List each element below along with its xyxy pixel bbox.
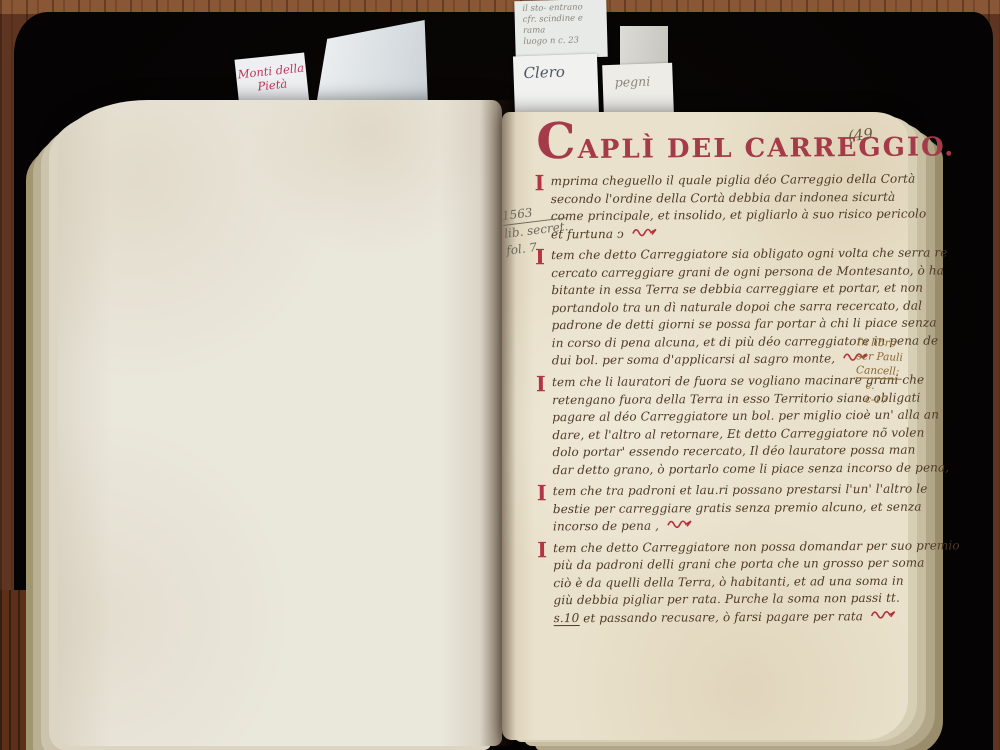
text-line: più da padroni delli grani che porta che…	[553, 555, 903, 575]
paragraph-4: I tem che tra padroni et lau.ri possano …	[537, 481, 903, 536]
note-label: Clero	[523, 63, 565, 82]
text-line: s.10 et passando recusare, ò farsi pagar…	[554, 607, 904, 627]
paragraph-5: I tem che detto Carreggiatore non possa …	[537, 537, 904, 627]
rubric-initial: I	[537, 537, 547, 562]
text-line: tem che li lauratori de fuora se voglian…	[552, 372, 902, 392]
book-gutter-shadow	[480, 100, 516, 746]
red-flourish-icon	[871, 608, 897, 626]
folio-number: (49	[847, 125, 874, 146]
chapter-title: CAPLÌ DEL CARREGGIO.	[536, 133, 900, 166]
text-line: come principale, et insolido, et pigliar…	[551, 206, 901, 226]
rubric-initial: I	[536, 371, 546, 396]
rubric-initial: I	[537, 480, 547, 505]
sticky-note-pegni: pegni	[602, 63, 674, 115]
manuscript-photo: Monti della Pietà il sto- entrano cfr. s…	[0, 0, 1000, 750]
note-label: pegni	[614, 74, 650, 90]
wood-table-corner	[0, 590, 40, 750]
sum-notation: s.10	[554, 611, 580, 626]
left-page-blank	[58, 100, 502, 746]
text-line: giù debbia pigliar per rata. Purche la s…	[553, 590, 903, 610]
manuscript-text-block: CAPLÌ DEL CARREGGIO. I mprima cheguello …	[534, 133, 903, 632]
paragraph-2: I tem che detto Carreggiatore sia obliga…	[535, 245, 902, 370]
note-line: c-17	[855, 392, 902, 408]
text-line: incorso de pena ,	[553, 516, 903, 536]
text-line: mprima cheguello il quale piglia déo Car…	[551, 171, 901, 191]
text-line: bitante in essa Terra se debbia carreggi…	[551, 280, 901, 300]
paragraph-3: I tem che li lauratori de fuora se vogli…	[536, 372, 903, 480]
margin-cross-reference: In libro ser Pauli Cancell: c. c-17	[855, 335, 904, 408]
note-line: Cancell:	[856, 363, 903, 380]
text-line: tem che detto Carreggiatore sia obligato…	[551, 245, 901, 265]
text-line: padrone de detti giorni se possa far por…	[552, 315, 902, 335]
sticky-note-pencil-reference: il sto- entrano cfr. scindine e rama luo…	[514, 0, 607, 59]
text-line: bestie per carreggiare gratis senza prem…	[553, 498, 903, 518]
red-flourish-icon	[667, 517, 693, 535]
text-line: dar detto grano, ò portarlo come li piac…	[553, 459, 903, 479]
text-line: tem che tra padroni et lau.ri possano pr…	[553, 481, 903, 501]
paragraph-1: I mprima cheguello il quale piglia déo C…	[535, 171, 901, 244]
note-line: luogo n c. 23	[523, 35, 607, 48]
sticky-note-clero: Clero	[513, 54, 599, 119]
archivist-pencil-note: 1563 lib. secret. fol. 7.	[501, 200, 571, 259]
red-flourish-icon	[632, 225, 658, 243]
rubric-initial: I	[535, 170, 545, 195]
note-line: cfr. scindine e rama	[523, 13, 608, 37]
text-line: et furtuna ↄ	[551, 223, 901, 243]
text-line: pagare al déo Carreggiatore un bol. per …	[552, 407, 902, 427]
text-line: dui bol. per soma d'applicarsi al sagro …	[552, 350, 902, 370]
text-line: dolo portar' essendo recercato, Il déo l…	[552, 442, 902, 462]
